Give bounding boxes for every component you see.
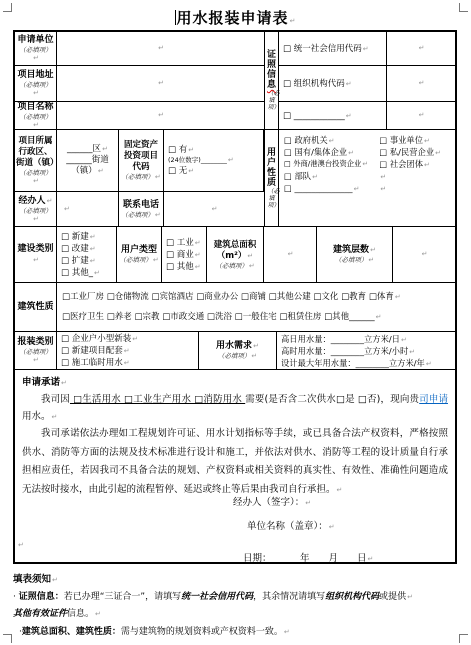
checkbox-unified-social-credit-code[interactable]: □ 统一社会信用代码↵ <box>279 32 387 65</box>
input-agent[interactable]: ↵ <box>57 192 119 226</box>
paragraph-mark: ↵ <box>422 251 428 258</box>
text-cursor <box>175 10 176 25</box>
label-district: 项目所属行政区、街道（镇） （必填项）↵ <box>15 130 57 191</box>
paragraph-mark: ↵ <box>419 80 425 87</box>
label-agent: 经办人↵ （必填项）↵ <box>15 192 57 226</box>
user-type-options: □ 工业↵ □ 商业↵ □ 其他↵ <box>162 227 207 283</box>
fixed-asset-code-digits[interactable]: (24位数字)________↵ <box>168 156 259 165</box>
label-floor-area: 建筑总面积（m²）↵ （必填项）↵ <box>207 227 264 283</box>
checkbox-nature-other[interactable]: □ ______________↵ <box>284 182 379 194</box>
input-project-name[interactable]: ↵ <box>57 102 264 129</box>
checkbox-private-enterprise[interactable]: □ 私/民营企业↵ <box>379 146 450 158</box>
label-phone: 联系电话 （必填项）↵ <box>119 192 164 226</box>
input-project-address[interactable]: ↵ <box>57 66 264 101</box>
block-basic-info: 申请单位 （必填项）↵ ↵ 项目地址 （必填项）↵ ↵ 项目名称 （必填项）↵ <box>15 32 455 130</box>
paragraph-mark: ↵ <box>158 80 164 87</box>
commitment-paragraph-2: 我司承诺依法办理如工程规划许可证、用水计划指标等手续，或已具备合法产权资料，严格… <box>22 425 448 499</box>
label-user-type: 用户类型 （必填项）↵ <box>117 227 162 283</box>
form-title: 用水报装申请表↵ <box>0 7 471 28</box>
input-organization-code[interactable]: ↵ <box>387 66 455 101</box>
row-construction: 建设类别↵ □ 新建↵ □ 改建↵ □ 扩建↵ □ 其他_↵ 用户类型 （必填项… <box>15 227 455 283</box>
notes-title: 填表须知↵ <box>13 571 460 588</box>
checkbox-rebuild[interactable]: □ 改建↵ <box>61 243 112 255</box>
document-page: 用水报装申请表↵ 申请单位 （必填项）↵ ↵ 项目地址 （必填项）↵ ↵ <box>0 0 471 645</box>
checkbox-has-code[interactable]: □ 有↵ <box>168 144 259 156</box>
checkbox-other-certificate[interactable]: □ ____________↵ <box>279 102 387 129</box>
checkbox-construction-other[interactable]: □ 其他_↵ <box>61 267 112 279</box>
checkbox-organization-code[interactable]: □ 组织机构代码↵ <box>279 66 387 101</box>
label-install-category: 报装类别 （必填项）↵ <box>15 332 57 370</box>
paragraph-mark: ↵ <box>290 17 297 25</box>
note-certificate-info: · 证照信息：若已办理“三证合一”，请填写统一社会信用代码，其余情况请填写组织机… <box>13 589 460 623</box>
misspelled-char: 息 <box>267 80 276 90</box>
label-applicant: 申请单位 （必填项）↵ <box>15 32 57 65</box>
checkbox-type-other[interactable]: □ 其他↵ <box>166 261 202 273</box>
row-building-nature: 建筑性质 □工业厂房 □仓储物流 □宾馆酒店 □商业办公 □商铺 □其他公建 □… <box>15 283 455 332</box>
label-construction-category: 建设类别↵ <box>15 227 57 283</box>
paragraph-mark: ↵ <box>64 206 70 213</box>
label-project-name: 项目名称 （必填项）↵ <box>15 102 57 129</box>
checkbox-new-build[interactable]: □ 新建↵ <box>61 231 112 243</box>
commitment-paragraph-1: 我司因 □生活用水 □工业生产用水 □消防用水 需要(是否含二次供水□是 □否)… <box>22 391 448 425</box>
unit-seal-line[interactable]: 单位名称（盖章）：↵ <box>247 518 335 532</box>
input-credit-code[interactable]: ↵ <box>387 32 455 65</box>
signer-line[interactable]: 经办人（签字）：↵ <box>233 494 311 508</box>
block-district-agent: 项目所属行政区、街道（镇） （必填项）↵ ______区↵ ______街道 （… <box>15 130 455 227</box>
checkbox-temporary-water[interactable]: □ 施工临时用水↵ <box>61 357 194 369</box>
user-nature-options: □ 政府机关↵ □ 国有/集体企业↵ □ 外商/港澳台投资企业↵ □ 部队↵ □… <box>279 130 455 227</box>
input-floors[interactable]: ↵ <box>393 227 455 283</box>
building-nature-options[interactable]: □工业厂房 □仓储物流 □宾馆酒店 □商业办公 □商铺 □其他公建 □文化 □教… <box>57 283 455 332</box>
label-certificate-info: 证照信息 （必填项） <box>264 32 279 130</box>
checkbox-state-collective[interactable]: □ 国有/集体企业↵ <box>284 146 379 158</box>
label-water-demand: 用水需求↵ （必填项）↵ <box>199 332 277 370</box>
install-options: □ 企业户小型新装↵ □ 新建项目配套↵ □ 施工临时用水↵ <box>57 332 199 370</box>
checkbox-industrial[interactable]: □ 工业↵ <box>166 237 202 249</box>
label-user-nature: 用户性质 （必填项） <box>264 130 279 227</box>
label-project-address: 项目地址 （必填项）↵ <box>15 66 57 101</box>
margin-corner-mark <box>3 634 12 643</box>
input-phone[interactable]: ↵ <box>164 192 264 226</box>
fixed-asset-code-options: □ 有↵ (24位数字)________↵ □ 无↵ <box>164 130 264 191</box>
checkbox-public-institution[interactable]: □ 事业单位↵ <box>379 134 450 146</box>
checkbox-army[interactable]: □ 部队↵ <box>284 170 379 182</box>
checkbox-government[interactable]: □ 政府机关↵ <box>284 134 379 146</box>
water-use-checkboxes[interactable]: □生活用水 □工业生产用水 □消防用水 <box>70 394 245 405</box>
commitment-title: 申请承诺↵ <box>22 374 448 388</box>
row-install-demand: 报装类别 （必填项）↵ □ 企业户小型新装↵ □ 新建项目配套↵ □ 施工临时用… <box>15 332 455 370</box>
paragraph-mark: ↵ <box>212 206 218 213</box>
commitment-section: 申请承诺↵ 我司因 □生活用水 □工业生产用水 □消防用水 需要(是否含二次供水… <box>15 370 455 562</box>
form-title-text: 用水报装申请表 <box>177 9 289 27</box>
label-floors: 建筑层数↵ （必填项）↵ <box>317 227 393 283</box>
checkbox-small-new-install[interactable]: □ 企业户小型新装↵ <box>61 333 194 345</box>
empty-paragraph: ↵ <box>17 539 24 550</box>
checkbox-social-organization[interactable]: □ 社会团体↵ <box>379 158 450 170</box>
input-other-certificate[interactable]: ↵ <box>387 102 455 129</box>
checkbox-commercial[interactable]: □ 商业↵ <box>166 249 202 261</box>
input-floor-area[interactable]: ↵ <box>264 227 317 283</box>
label-building-nature: 建筑性质 <box>15 283 57 332</box>
paragraph-mark: ↵ <box>158 112 164 119</box>
input-district[interactable]: ______区↵ ______街道 （镇）↵ <box>57 130 119 191</box>
label-fixed-asset-code: 固定资产投资项目代码 （必填项）↵ <box>119 130 164 191</box>
margin-corner-mark <box>459 634 468 643</box>
input-applicant[interactable]: ↵ <box>57 32 264 65</box>
tracked-change-text: 司申请 <box>419 394 448 405</box>
water-demand-fields[interactable]: 高日用水量：________立方米/日↵ 高时用水量：________立方米/小… <box>277 332 455 370</box>
paragraph-mark: ↵ <box>288 251 294 258</box>
construction-options: □ 新建↵ □ 改建↵ □ 扩建↵ □ 其他_↵ <box>57 227 117 283</box>
checkbox-new-project-support[interactable]: □ 新建项目配套↵ <box>61 345 194 357</box>
paragraph-mark: ↵ <box>419 45 425 52</box>
note-building-area: ·建筑总面积、建筑性质：需与建筑物的规划资料或产权资料一致。↵ <box>13 624 460 641</box>
paragraph-mark: ↵ <box>158 45 164 52</box>
checkbox-expand[interactable]: □ 扩建↵ <box>61 255 112 267</box>
application-table: 申请单位 （必填项）↵ ↵ 项目地址 （必填项）↵ ↵ 项目名称 （必填项）↵ <box>13 30 457 564</box>
checkbox-foreign-invested[interactable]: □ 外商/港澳台投资企业↵ <box>284 158 379 170</box>
notes-section: 填表须知↵ · 证照信息：若已办理“三证合一”，请填写统一社会信用代码，其余情况… <box>13 571 460 641</box>
checkbox-no-code[interactable]: □ 无↵ <box>168 165 259 177</box>
date-line[interactable]: 日期：______年____月____日↵ <box>243 550 373 564</box>
paragraph-mark: ↵ <box>419 112 425 119</box>
